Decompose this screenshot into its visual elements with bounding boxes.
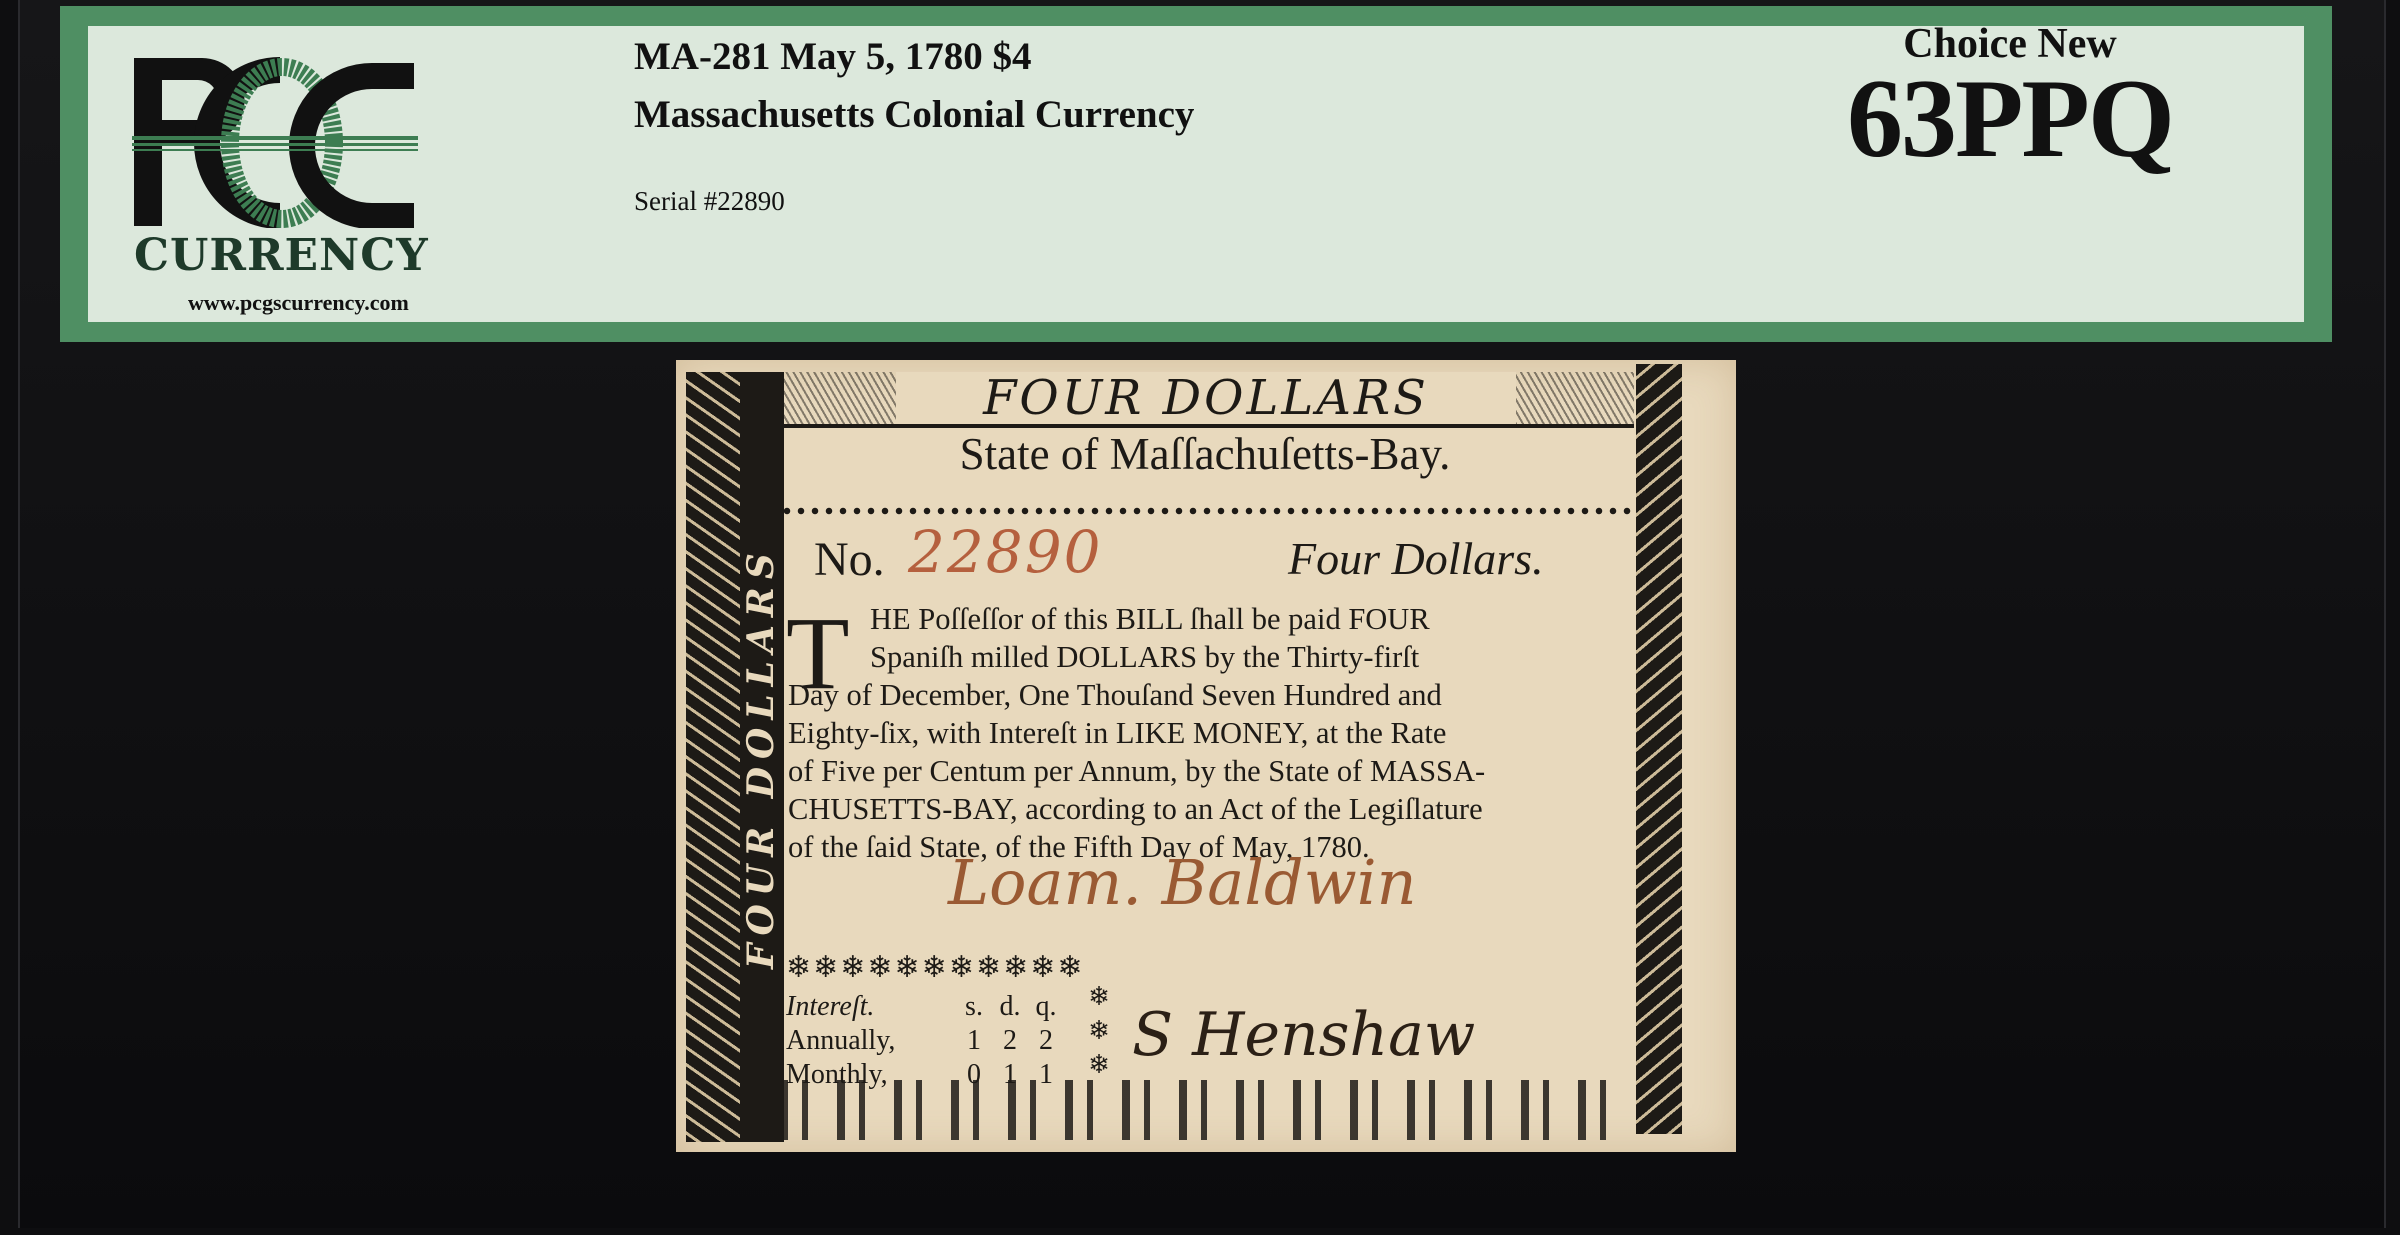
- pcgs-logo: CURRENCY www.pcgscurrency.com: [132, 48, 418, 298]
- body-line: Eighty-ſix, with Intereſt in LIKE MONEY,…: [788, 714, 1636, 752]
- number-label: No.: [814, 532, 885, 587]
- interest-table: Intereſt. s. d. q. Annually, 1 2 2 Month…: [786, 990, 1064, 1092]
- pcgs-logo-icon: [132, 48, 418, 228]
- body-line: HE Poſſeſſor of this BILL ſhall be paid …: [788, 600, 1636, 638]
- handwritten-serial: 22890: [908, 518, 1103, 586]
- website-link: www.pcgscurrency.com: [188, 290, 409, 316]
- signature-henshaw: S Henshaw: [1132, 1000, 1475, 1070]
- grade-value: 63PPQ: [1830, 58, 2190, 181]
- header-text: FOUR DOLLARS: [896, 372, 1516, 424]
- dotted-divider: [780, 506, 1632, 516]
- issuer-title: State of Maſſachuſetts-Bay.: [776, 428, 1634, 480]
- left-ornamental-border: FOUR DOLLARS: [686, 372, 774, 1142]
- ornament-row: ❄❄❄❄❄❄❄❄❄❄❄: [786, 950, 1085, 985]
- catalog-title: MA-281 May 5, 1780 $4: [634, 34, 1032, 79]
- body-line: Day of December, One Thouſand Seven Hund…: [788, 676, 1636, 714]
- bottom-ornamental-border: [780, 1080, 1632, 1140]
- right-ornamental-border: [1636, 364, 1682, 1134]
- grading-label: CURRENCY www.pcgscurrency.com MA-281 May…: [60, 6, 2332, 342]
- interest-header-row: Intereſt. s. d. q.: [786, 990, 1064, 1024]
- note-series: Massachusetts Colonial Currency: [634, 92, 1194, 137]
- side-denomination-text: FOUR DOLLARS: [740, 372, 784, 1142]
- ornament-column: ❄❄❄: [1084, 980, 1114, 1082]
- note-body-text: HE Poſſeſſor of this BILL ſhall be paid …: [788, 600, 1636, 866]
- logo-subtitle: CURRENCY: [134, 234, 429, 278]
- signature-baldwin: Loam. Baldwin: [948, 846, 1417, 919]
- body-line: Spaniſh milled DOLLARS by the Thirty-fir…: [788, 638, 1636, 676]
- body-line: of Five per Centum per Annum, by the Sta…: [788, 752, 1636, 790]
- denomination-text: Four Dollars.: [1288, 532, 1544, 585]
- serial-number: Serial #22890: [634, 186, 785, 217]
- body-line: CHUSETTS-BAY, according to an Act of the…: [788, 790, 1636, 828]
- banknote: FOUR DOLLARS FOUR DOLLARS State of Maſſa…: [676, 360, 1736, 1152]
- interest-row-annually: Annually, 1 2 2: [786, 1024, 1064, 1058]
- header-band: FOUR DOLLARS: [776, 372, 1634, 428]
